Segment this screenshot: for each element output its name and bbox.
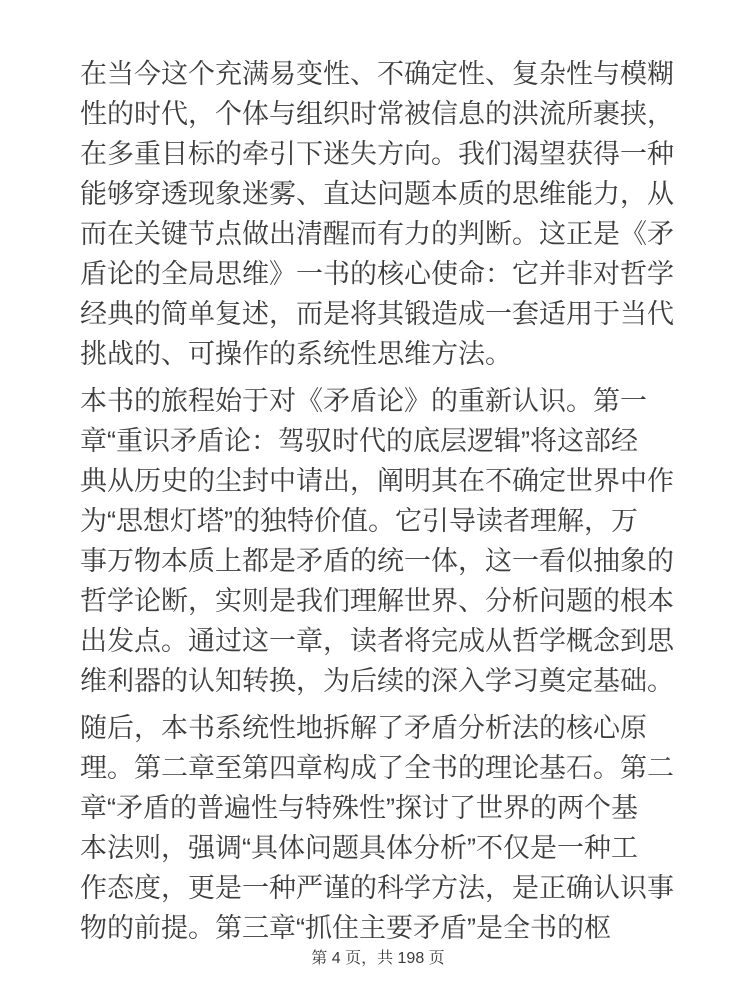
- text-line: 维利器的认知转换，为后续的深入学习奠定基础。: [80, 661, 676, 701]
- document-page: 在当今这个充满易变性、不确定性、复杂性与模糊性的时代，个体与组织时常被信息的洪流…: [0, 0, 750, 1000]
- text-line: 章“重识矛盾论：驾驭时代的底层逻辑”将这部经: [80, 421, 676, 461]
- text-line: 事万物本质上都是矛盾的统一体，这一看似抽象的: [80, 541, 676, 581]
- paragraph-continued: 随后，本书系统性地拆解了矛盾分析法的核心原理。第二章至第四章构成了全书的理论基石…: [80, 708, 676, 948]
- text-line: 经典的简单复述，而是将其锻造成一套适用于当代: [80, 294, 676, 334]
- text-line: 在当今这个充满易变性、不确定性、复杂性与模糊: [80, 54, 676, 94]
- paragraph: 本书的旅程始于对《矛盾论》的重新认识。第一章“重识矛盾论：驾驭时代的底层逻辑”将…: [80, 381, 676, 701]
- text-line: 典从历史的尘封中请出，阐明其在不确定世界中作: [80, 461, 676, 501]
- text-line: 理。第二章至第四章构成了全书的理论基石。第二: [80, 748, 676, 788]
- page-number-label: 第 4 页，共 198 页: [311, 950, 444, 967]
- text-line: 作态度，更是一种严谨的科学方法，是正确认识事: [80, 868, 676, 908]
- text-line: 出发点。通过这一章，读者将完成从哲学概念到思: [80, 621, 676, 661]
- page-body-text: 在当今这个充满易变性、不确定性、复杂性与模糊性的时代，个体与组织时常被信息的洪流…: [80, 54, 676, 955]
- text-line: 挑战的、可操作的系统性思维方法。: [80, 334, 676, 374]
- text-line: 为“思想灯塔”的独特价值。它引导读者理解，万: [80, 501, 676, 541]
- text-line: 章“矛盾的普遍性与特殊性”探讨了世界的两个基: [80, 788, 676, 828]
- text-line: 在多重目标的牵引下迷失方向。我们渴望获得一种: [80, 134, 676, 174]
- text-line: 盾论的全局思维》一书的核心使命：它并非对哲学: [80, 254, 676, 294]
- text-line: 物的前提。第三章“抓住主要矛盾”是全书的枢: [80, 908, 676, 948]
- text-line: 哲学论断，实则是我们理解世界、分析问题的根本: [80, 581, 676, 621]
- text-line: 本书的旅程始于对《矛盾论》的重新认识。第一: [80, 381, 676, 421]
- text-line: 性的时代，个体与组织时常被信息的洪流所裹挟，: [80, 94, 676, 134]
- text-line: 能够穿透现象迷雾、直达问题本质的思维能力，从: [80, 174, 676, 214]
- page-number-footer: 第 4 页，共 198 页: [80, 949, 676, 969]
- text-line: 而在关键节点做出清醒而有力的判断。这正是《矛: [80, 214, 676, 254]
- text-line: 随后，本书系统性地拆解了矛盾分析法的核心原: [80, 708, 676, 748]
- text-line: 本法则，强调“具体问题具体分析”不仅是一种工: [80, 828, 676, 868]
- paragraph: 在当今这个充满易变性、不确定性、复杂性与模糊性的时代，个体与组织时常被信息的洪流…: [80, 54, 676, 374]
